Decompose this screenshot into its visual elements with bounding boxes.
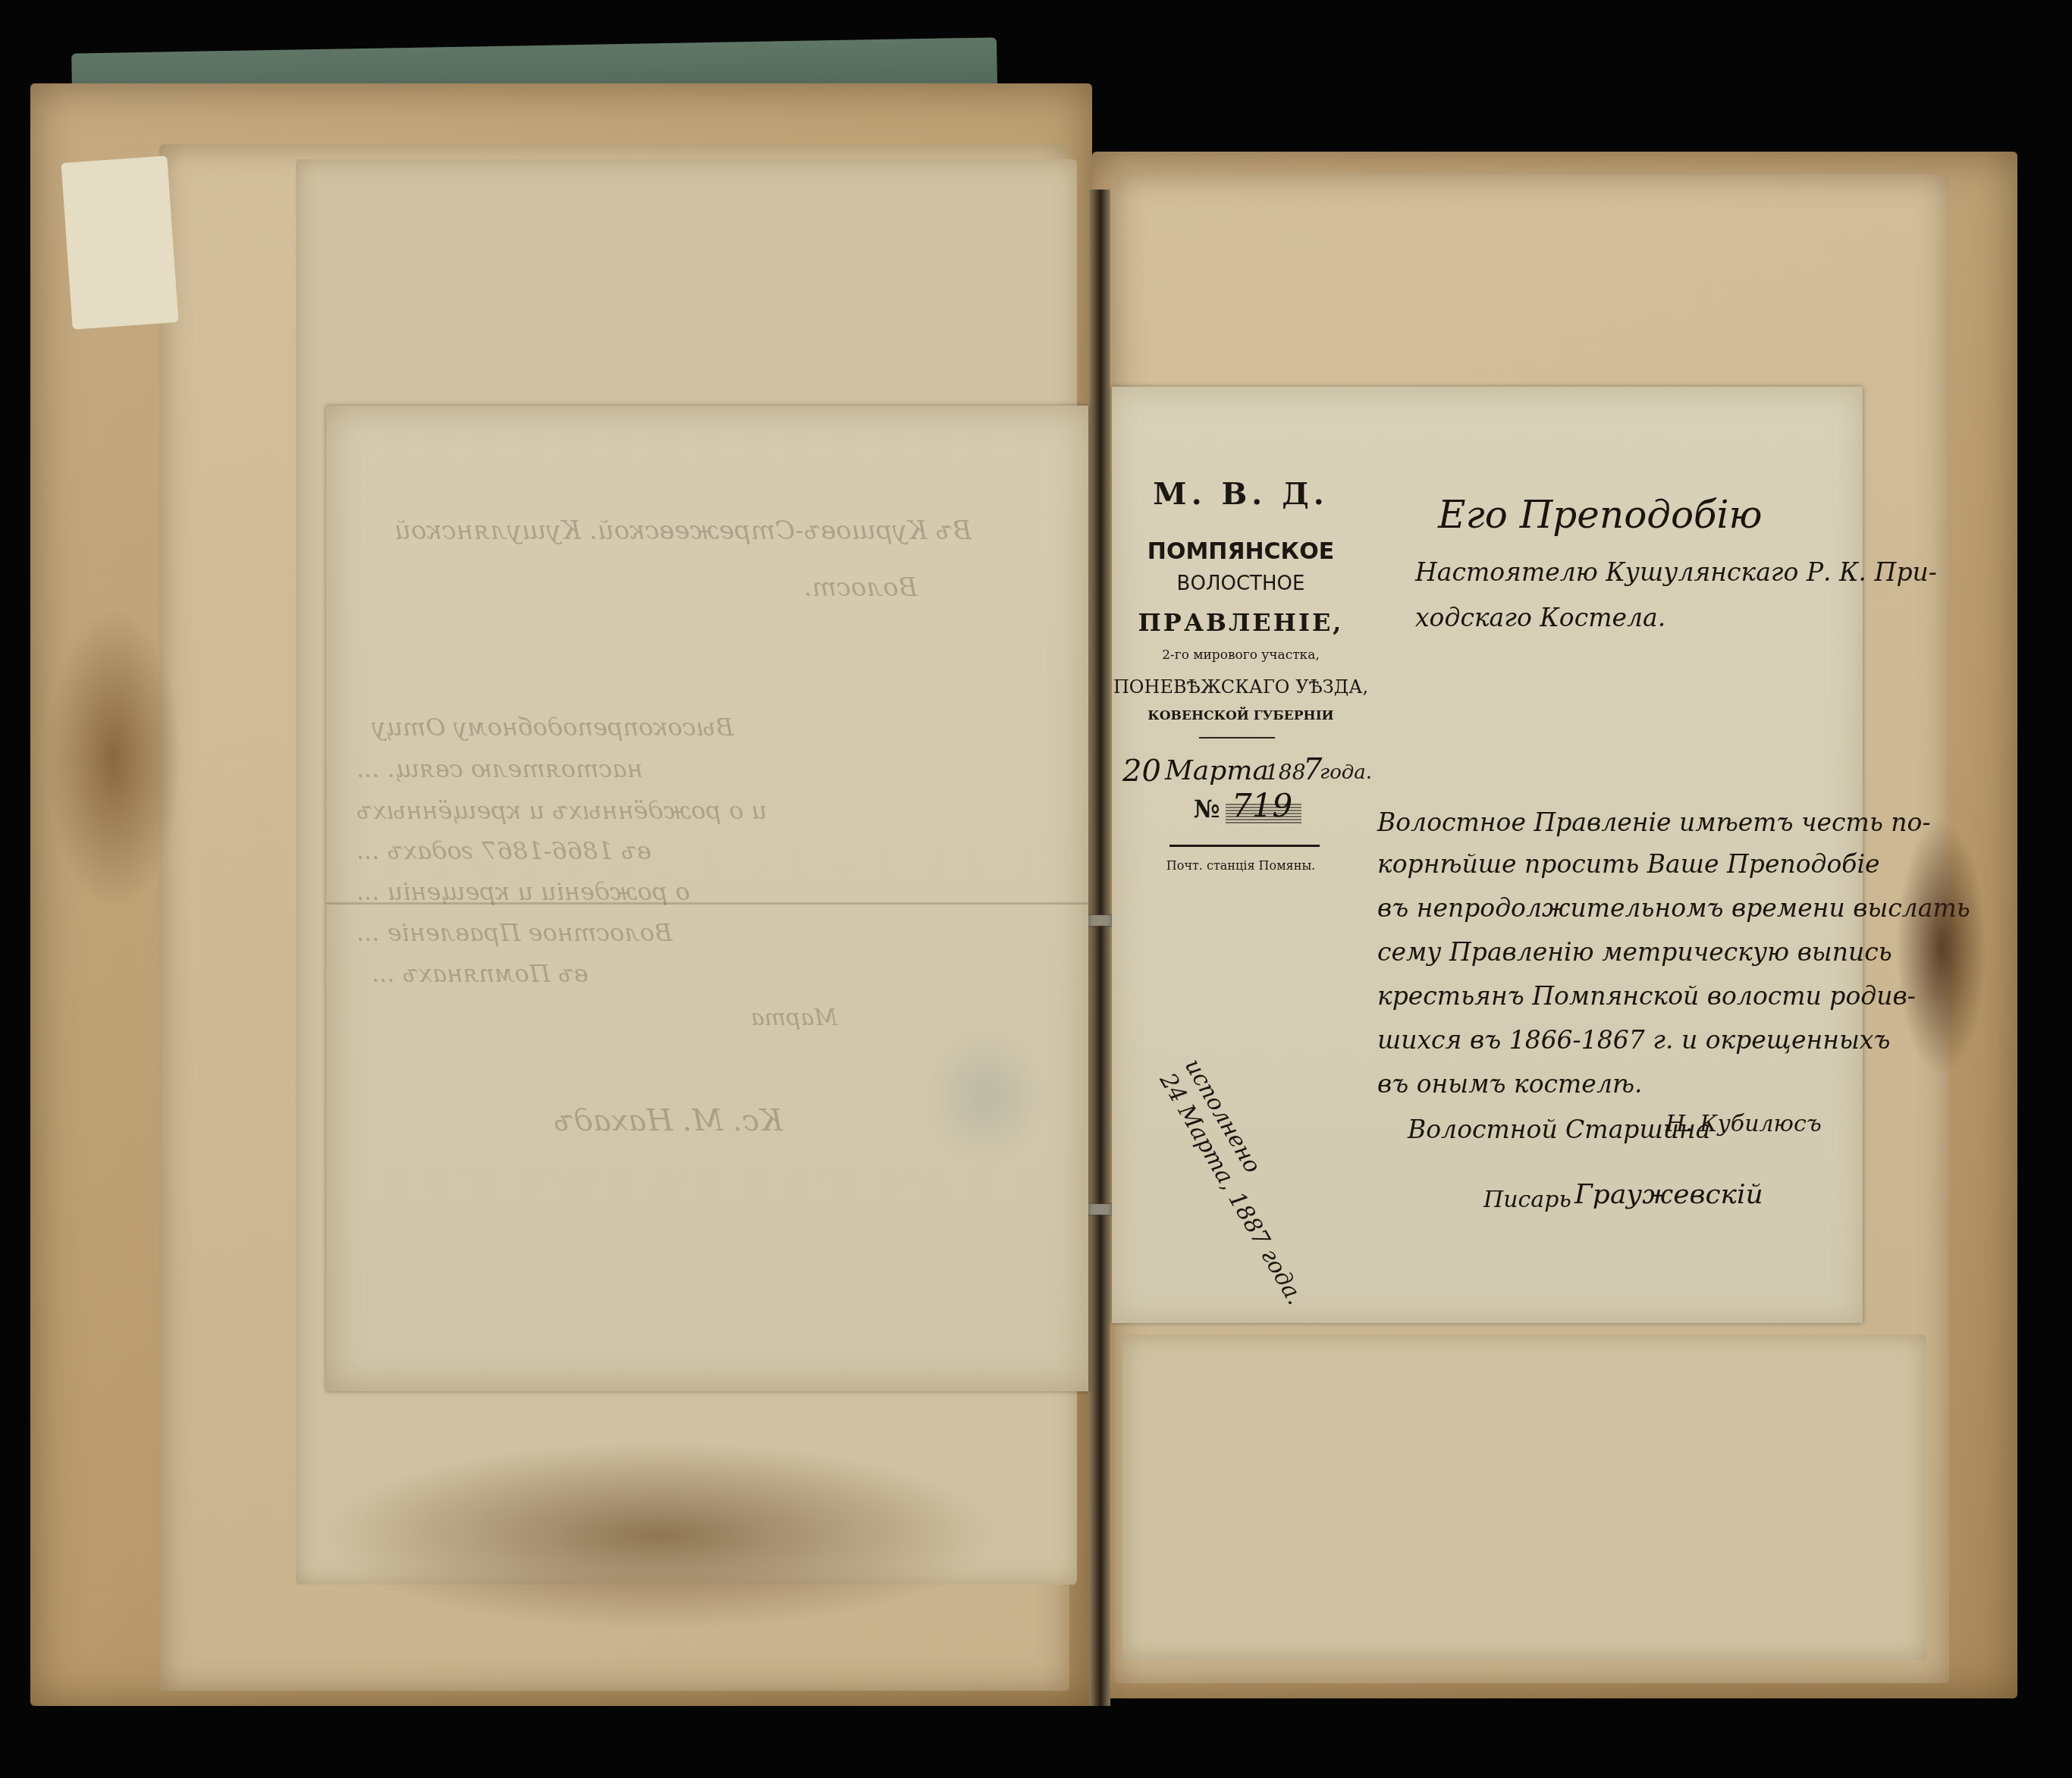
date-word: года. [1320,761,1372,784]
margin-note: исполнено 24 Марта, 1887 года. [1153,1054,1334,1310]
letterhead-line4: 2-го мирового участка, [1112,648,1370,663]
body-line: шихся въ 1866-1867 г. и окрещенныхъ [1377,1025,1890,1055]
letterhead-line3: ПРАВЛЕНІЕ, [1112,608,1370,637]
bleed-line: Волост. [804,572,918,603]
clerk-signature: Граужевскій [1574,1179,1763,1210]
left-folded-flap [61,155,178,329]
body-line: въ онымъ костелѣ. [1377,1069,1643,1099]
number-label: № [1194,795,1220,823]
bleed-line: и о рождённыхъ и крещённыхъ [356,796,767,825]
address-line2: Настоятелю Кушулянскаго Р. К. При- [1415,557,1937,587]
bleed-line: Высокопреподобному Отцу [372,713,733,742]
elder-signature: Н. Кубилюсъ [1665,1111,1822,1137]
bleed-line: Волостное Правленіе ... [356,918,672,947]
right-page-letter: М. В. Д. ПОМПЯНСКОЕ ВОЛОСТНОЕ ПРАВЛЕНІЕ,… [1112,387,1863,1323]
body-line: сему Правленію метрическую выпись [1377,937,1892,967]
bleed-line: въ 1866-1867 годахъ ... [356,836,651,865]
bleed-line: настоятелю свящ. ... [356,754,643,783]
date-year-prefix: 188 [1265,760,1305,785]
letterhead-ministry: М. В. Д. [1112,476,1370,512]
burn-stain [319,1441,1001,1630]
number-value: 719 [1232,787,1292,824]
left-page-sheet: Въ Куршовъ-Стрежевской. Кушулянской Воло… [326,406,1088,1391]
date-day: 20 [1122,754,1161,789]
body-line: корнѣйше просить Ваше Преподобіе [1377,849,1880,879]
right-underlying-sheet [1122,1334,1926,1660]
fold-crease [326,902,1088,905]
body-line: въ непродолжительномъ времени выслать [1377,893,1970,923]
post-station: Почт. станція Помяны. [1112,858,1370,873]
clerk-title: Писарь [1483,1187,1571,1213]
body-line: крестьянъ Помпянской волости родив- [1377,981,1916,1011]
letterhead-line2: ВОЛОСТНОЕ [1112,572,1370,595]
bleed-line: въ Помпянахъ ... [372,959,589,988]
address-line1: Его Преподобію [1438,493,1763,537]
burn-stain [46,607,182,910]
letterhead-line5: ПОНЕВѢЖСКАГО УѢЗДА, [1112,676,1370,698]
ornament-divider [1169,845,1320,847]
book-gutter [1089,190,1110,1706]
ornament-divider [1199,737,1275,738]
letterhead-line1: ПОМПЯНСКОЕ [1112,538,1370,565]
body-line: Волостное Правленіе имѣетъ честь по- [1377,807,1931,837]
address-line3: ходскаго Костела. [1415,603,1665,632]
water-stain [925,1027,1047,1164]
letterhead-line6: КОВЕНСКОЙ ГУБЕРНІИ [1112,708,1370,723]
bleed-line: Въ Куршовъ-Стрежевской. Кушулянской [394,516,972,546]
bleed-line: Марта [751,1005,837,1031]
date-month: Марта [1165,755,1269,786]
burn-stain [1896,819,1987,1077]
bleed-signature: Кс. М. Нахадъ [554,1103,783,1138]
